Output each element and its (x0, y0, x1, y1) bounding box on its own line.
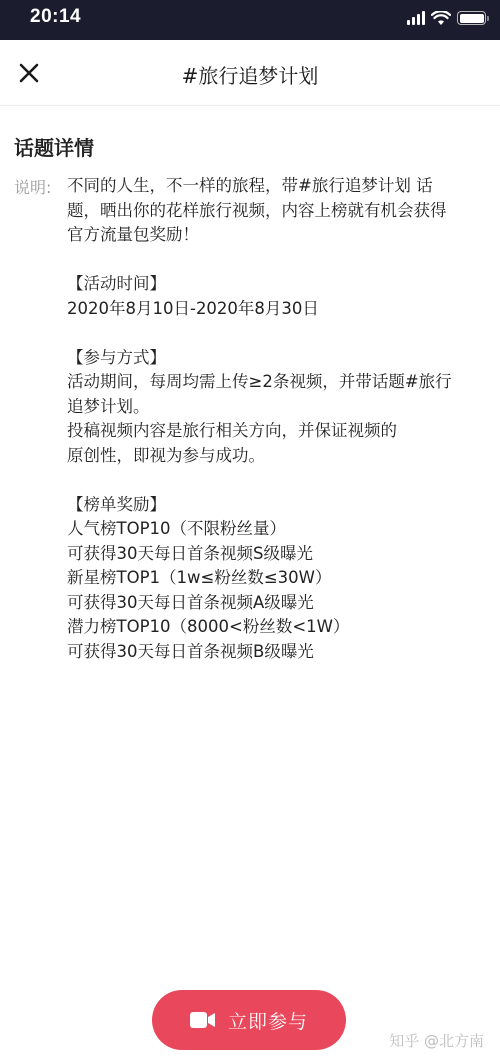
description-line: 新星榜TOP1（1w≤粉丝数≤30W） (67, 566, 487, 591)
subsection-heading: 【活动时间】 (67, 272, 487, 297)
section-title: 话题详情 (14, 132, 94, 161)
blank-line (67, 248, 487, 273)
description-line: 人气榜TOP10（不限粉丝量） (67, 517, 487, 542)
join-now-label: 立即参与 (228, 1007, 308, 1034)
join-now-button[interactable]: 立即参与 (152, 990, 346, 1050)
blank-line (67, 321, 487, 346)
wifi-icon (431, 11, 451, 26)
blank-line (67, 468, 487, 493)
description-label: 说明: (14, 175, 51, 198)
description-line: 可获得30天每日首条视频A级曝光 (67, 591, 487, 616)
description-line: 题，晒出你的花样旅行视频，内容上榜就有机会获得 (67, 199, 487, 224)
description-line: 2020年8月10日-2020年8月30日 (67, 297, 487, 322)
description-line: 潜力榜TOP10（8000<粉丝数<1W） (67, 615, 487, 640)
description-line: 投稿视频内容是旅行相关方向，并保证视频的 (67, 419, 487, 444)
description-line: 原创性，即视为参与成功。 (67, 444, 487, 469)
page-title: #旅行追梦计划 (0, 60, 500, 89)
subsection-heading: 【榜单奖励】 (67, 493, 487, 518)
description-line: 官方流量包奖励！ (67, 223, 487, 248)
status-bar: 20:14 (0, 0, 500, 40)
description-line: 可获得30天每日首条视频B级曝光 (67, 640, 487, 665)
description-line: 不同的人生，不一样的旅程，带#旅行追梦计划 话 (67, 174, 487, 199)
battery-icon (457, 11, 486, 25)
header-bar: #旅行追梦计划 (0, 40, 500, 106)
subsection-heading: 【参与方式】 (67, 346, 487, 371)
status-time: 20:14 (30, 6, 81, 28)
description-line: 活动期间，每周均需上传≥2条视频，并带话题#旅行 (67, 370, 487, 395)
description-line: 追梦计划。 (67, 395, 487, 420)
signal-icon (407, 11, 425, 25)
watermark: 知乎 @北方南 (389, 1030, 484, 1051)
description-line: 可获得30天每日首条视频S级曝光 (67, 542, 487, 567)
video-camera-icon (190, 1011, 216, 1029)
description-body: 不同的人生，不一样的旅程，带#旅行追梦计划 话题，晒出你的花样旅行视频，内容上榜… (67, 174, 487, 664)
status-icons (407, 9, 486, 27)
